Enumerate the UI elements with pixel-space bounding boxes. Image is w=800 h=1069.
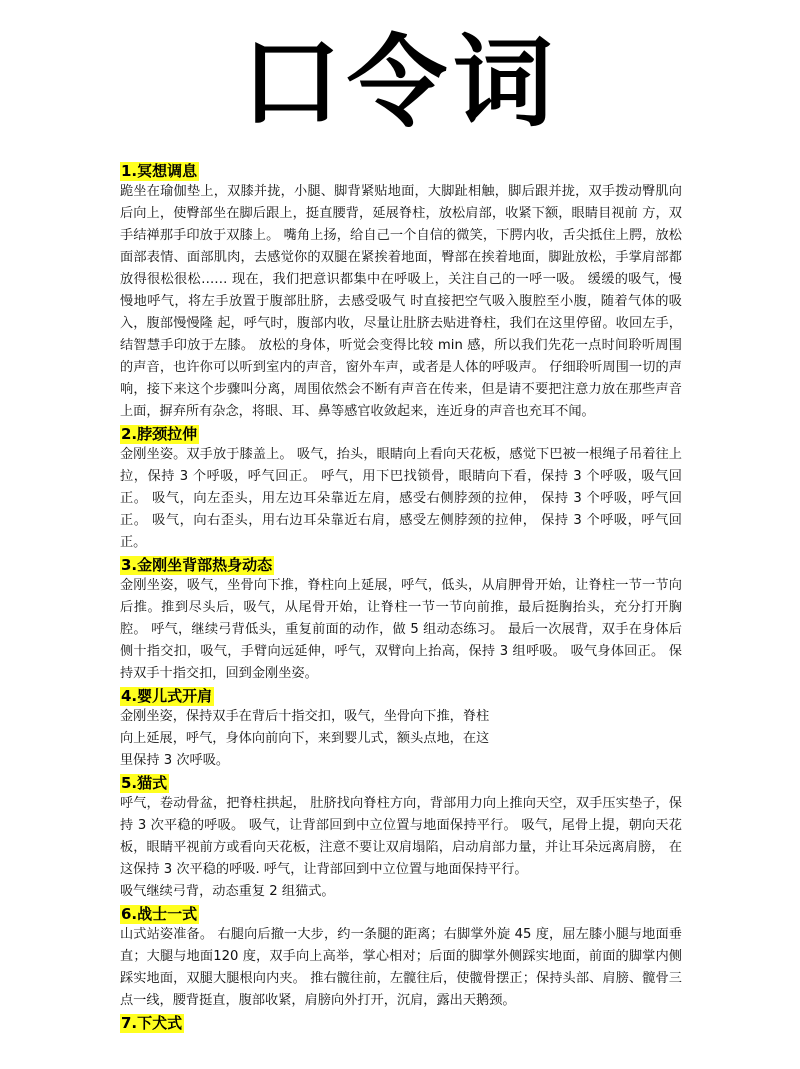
section-paragraph: 山式站姿准备。 右腿向后撤一大步，约一条腿的距离；右脚掌外旋 45 度，屈左膝小… [120, 924, 682, 1012]
section-paragraph: 跪坐在瑜伽垫上，双膝并拢，小腿、脚背紧贴地面，大脚趾相触，脚后跟并拢，双手拨动臀… [120, 181, 682, 423]
section-heading: 5.猫式 [120, 774, 169, 793]
document-body: 1.冥想调息 跪坐在瑜伽垫上，双膝并拢，小腿、脚背紧贴地面，大脚趾相触，脚后跟并… [120, 160, 682, 1033]
section-paragraph: 呼气，卷动骨盆，把脊柱拱起， 肚脐找向脊柱方向，背部用力向上推向天空，双手压实垫… [120, 793, 682, 881]
section-neck-stretch: 2.脖颈拉伸 金刚坐姿。双手放于膝盖上。 吸气，抬头，眼睛向上看向天花板，感觉下… [120, 423, 682, 554]
section-heading: 1.冥想调息 [120, 162, 199, 181]
paragraph-line: 向上延展，呼气，身体向前向下，来到婴儿式，额头点地，在这 [120, 728, 510, 750]
section-heading: 4.婴儿式开肩 [120, 687, 214, 706]
section-heading: 2.脖颈拉伸 [120, 425, 199, 444]
section-downward-dog: 7.下犬式 [120, 1012, 682, 1033]
paragraph-line: 里保持 3 次呼吸。 [120, 750, 510, 772]
section-paragraph: 金刚坐姿，保持双手在背后十指交扣，吸气，坐骨向下推，脊柱 向上延展，呼气，身体向… [120, 706, 510, 772]
section-meditation: 1.冥想调息 跪坐在瑜伽垫上，双膝并拢，小腿、脚背紧贴地面，大脚趾相触，脚后跟并… [120, 160, 682, 423]
section-paragraph: 金刚坐姿，吸气，坐骨向下推，脊柱向上延展，呼气，低头，从肩胛骨开始，让脊柱一节一… [120, 575, 682, 685]
section-paragraph: 吸气继续弓背，动态重复 2 组猫式。 [120, 881, 682, 903]
section-heading: 7.下犬式 [120, 1014, 184, 1033]
section-cat-pose: 5.猫式 呼气，卷动骨盆，把脊柱拱起， 肚脐找向脊柱方向，背部用力向上推向天空，… [120, 772, 682, 903]
paragraph-line: 金刚坐姿，保持双手在背后十指交扣，吸气，坐骨向下推，脊柱 [120, 706, 510, 728]
section-heading: 3.金刚坐背部热身动态 [120, 556, 274, 575]
section-child-pose-shoulder-opener: 4.婴儿式开肩 金刚坐姿，保持双手在背后十指交扣，吸气，坐骨向下推，脊柱 向上延… [120, 685, 682, 772]
section-vajrasana-back-warmup: 3.金刚坐背部热身动态 金刚坐姿，吸气，坐骨向下推，脊柱向上延展，呼气，低头，从… [120, 554, 682, 685]
section-paragraph: 金刚坐姿。双手放于膝盖上。 吸气，抬头，眼睛向上看向天花板，感觉下巴被一根绳子吊… [120, 444, 682, 554]
section-warrior-one: 6.战士一式 山式站姿准备。 右腿向后撤一大步，约一条腿的距离；右脚掌外旋 45… [120, 903, 682, 1012]
page-title: 口令词 [0, 22, 800, 142]
section-heading: 6.战士一式 [120, 905, 199, 924]
